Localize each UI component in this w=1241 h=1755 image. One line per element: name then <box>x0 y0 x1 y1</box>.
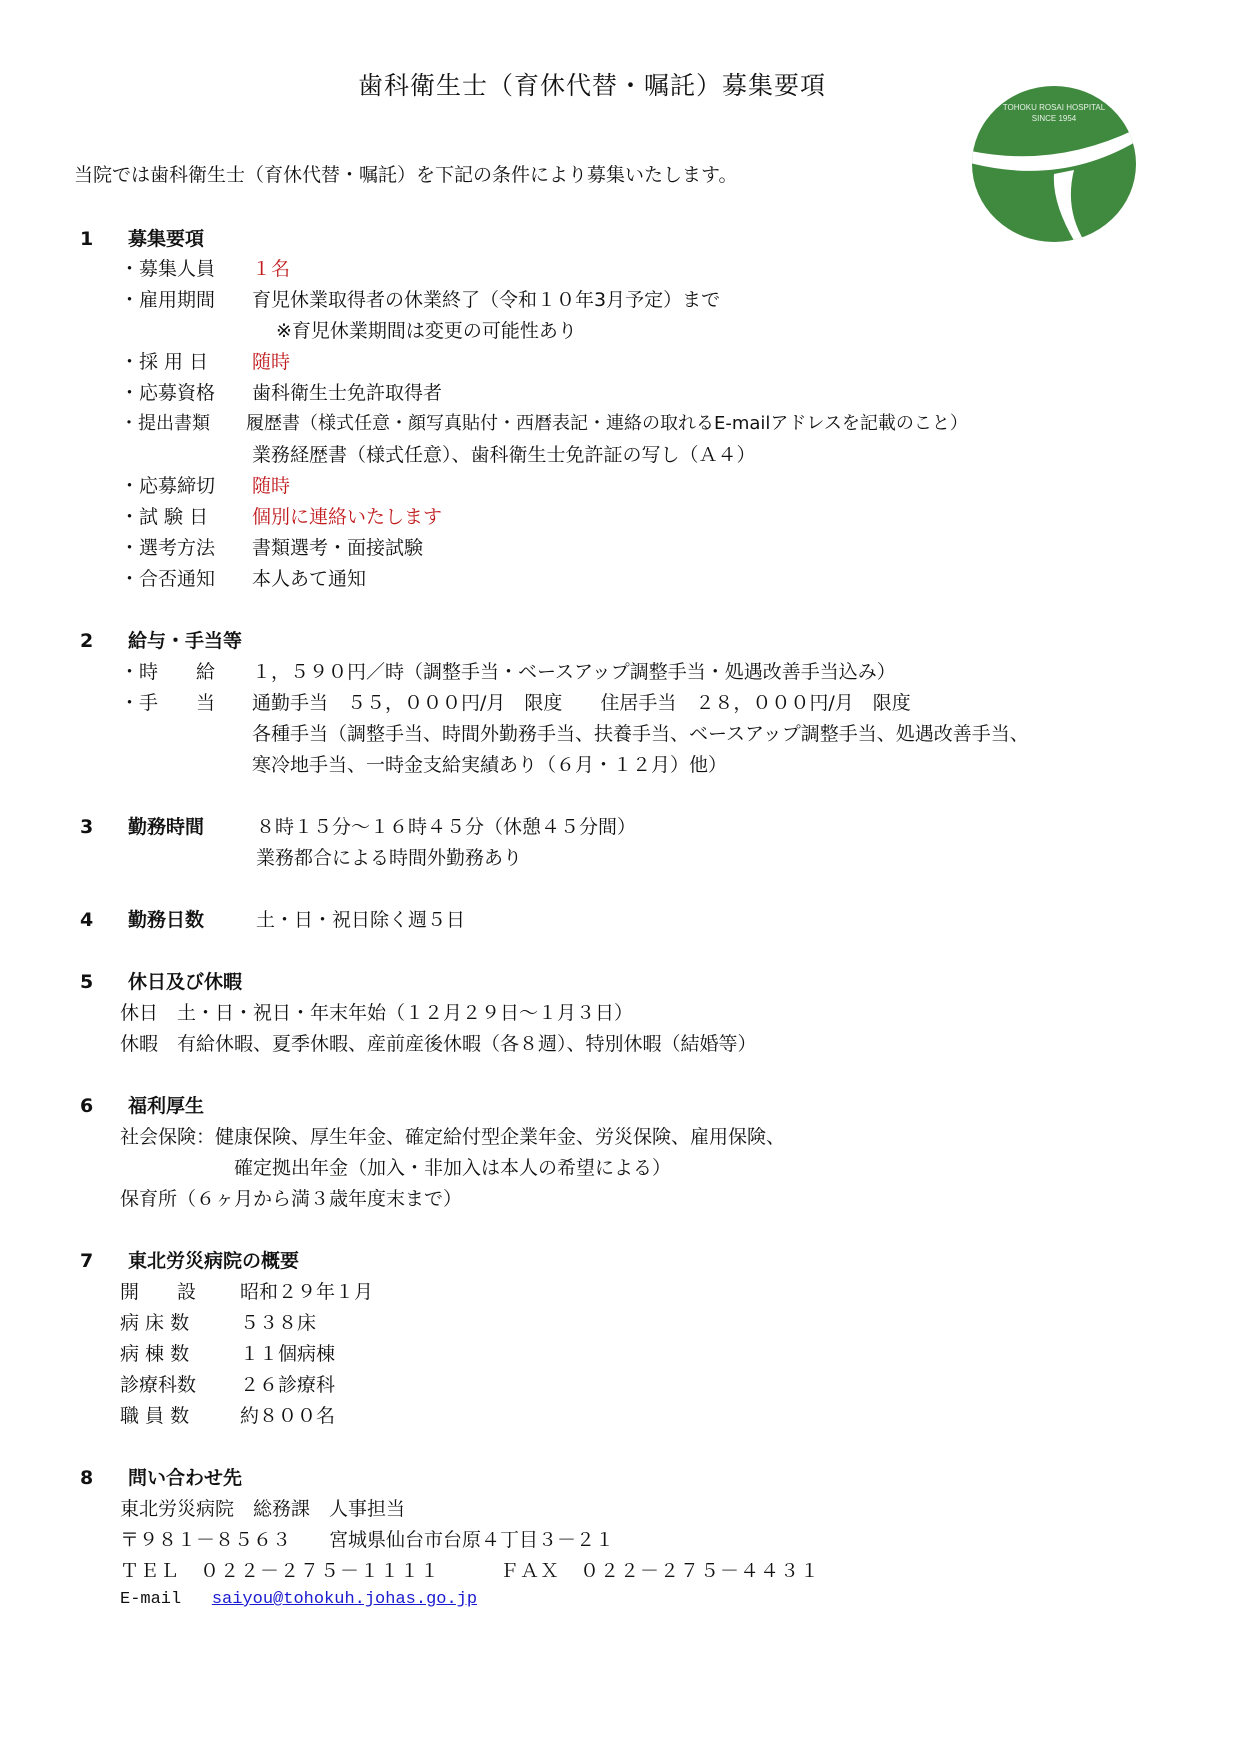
contact-department: 東北労災病院 総務課 人事担当 <box>120 1494 405 1521</box>
section-6-heading: 6福利厚生 <box>80 1091 204 1118</box>
nursery-line: 保育所（６ヶ月から満３歳年度末まで） <box>120 1184 462 1211</box>
insurance-line-2: 確定拠出年金（加入・非加入は本人の希望による） <box>234 1153 671 1180</box>
section-2-heading: 2給与・手当等 <box>80 626 242 653</box>
svg-text:SINCE 1954: SINCE 1954 <box>1032 114 1077 123</box>
contact-address: 〒９８１－８５６３ 宮城県仙台市台原４丁目３－２１ <box>120 1525 614 1552</box>
item-exam-date: ・試 験 日個別に連絡いたします <box>120 502 442 529</box>
item-allowances-2: 各種手当（調整手当、時間外勤務手当、扶養手当、ベースアップ調整手当、処遇改善手当… <box>252 719 1029 746</box>
section-4: 4勤務日数土・日・祝日除く週５日 <box>80 905 465 932</box>
contact-email-row: E-mail saiyou@tohokuh.johas.go.jp <box>120 1590 477 1609</box>
item-deadline: ・応募締切随時 <box>120 471 290 498</box>
section-7-heading: 7東北労災病院の概要 <box>80 1246 299 1273</box>
overview-established: 開 設昭和２９年１月 <box>120 1277 373 1304</box>
overview-wards: 病 棟 数１１個病棟 <box>120 1339 335 1366</box>
section-5-heading: 5休日及び休暇 <box>80 967 242 994</box>
overview-staff: 職 員 数約８００名 <box>120 1401 335 1428</box>
svg-text:TOHOKU ROSAI HOSPITAL: TOHOKU ROSAI HOSPITAL <box>1003 103 1106 112</box>
item-notification: ・合否通知本人あて通知 <box>120 564 366 591</box>
overview-beds: 病 床 数５３８床 <box>120 1308 316 1335</box>
section-8-heading: 8問い合わせ先 <box>80 1463 242 1490</box>
section-3: 3勤務時間８時１５分～１６時４５分（休憩４５分間） <box>80 812 636 839</box>
item-qualification: ・応募資格歯科衛生士免許取得者 <box>120 378 442 405</box>
item-documents: ・提出書類履歴書（様式任意・顔写真貼付・西暦表記・連絡の取れるE-mailアドレ… <box>120 409 968 435</box>
item-selection: ・選考方法書類選考・面接試験 <box>120 533 423 560</box>
page-title: 歯科衛生士（育休代替・嘱託）募集要項 <box>358 66 826 102</box>
item-allowances-3: 寒冷地手当、一時金支給実績あり（６月・１２月）他） <box>252 750 727 777</box>
section-1-heading: 1募集要項 <box>80 224 204 251</box>
overview-departments: 診療科数２６診療科 <box>120 1370 335 1397</box>
insurance-line: 社会保険：健康保険、厚生年金、確定給付型企業年金、労災保険、雇用保険、 <box>120 1122 785 1149</box>
email-link[interactable]: saiyou@tohokuh.johas.go.jp <box>212 1590 477 1609</box>
item-period: ・雇用期間育児休業取得者の休業終了（令和１０年3月予定）まで <box>120 285 720 312</box>
holidays-line: 休日 土・日・祝日・年末年始（１２月２９日～１月３日） <box>120 998 633 1025</box>
item-allowances: ・手 当通勤手当 ５５，０００円/月 限度 住居手当 ２８，０００円/月 限度 <box>120 688 911 715</box>
item-hourly-wage: ・時 給１，５９０円／時（調整手当・ベースアップ調整手当・処遇改善手当込み） <box>120 657 896 684</box>
section-3-line-2: 業務都合による時間外勤務あり <box>256 843 522 870</box>
item-period-note: ※育児休業期間は変更の可能性あり <box>276 316 577 343</box>
hospital-logo: TOHOKU ROSAI HOSPITAL SINCE 1954 <box>966 84 1142 244</box>
contact-phone-fax: ＴＥＬ ０２２－２７５－１１１１ ＦＡＸ ０２２－２７５－４４３１ <box>120 1556 820 1583</box>
item-hire-date: ・採 用 日随時 <box>120 347 290 374</box>
intro-text: 当院では歯科衛生士（育休代替・嘱託）を下記の条件により募集いたします。 <box>74 160 737 187</box>
email-label: E-mail <box>120 1590 181 1609</box>
item-documents-2: 業務経歴書（様式任意）、歯科衛生士免許証の写し（Ａ４） <box>252 440 756 467</box>
item-positions: ・募集人員１名 <box>120 254 290 281</box>
leave-line: 休暇 有給休暇、夏季休暇、産前産後休暇（各８週）、特別休暇（結婚等） <box>120 1029 757 1056</box>
